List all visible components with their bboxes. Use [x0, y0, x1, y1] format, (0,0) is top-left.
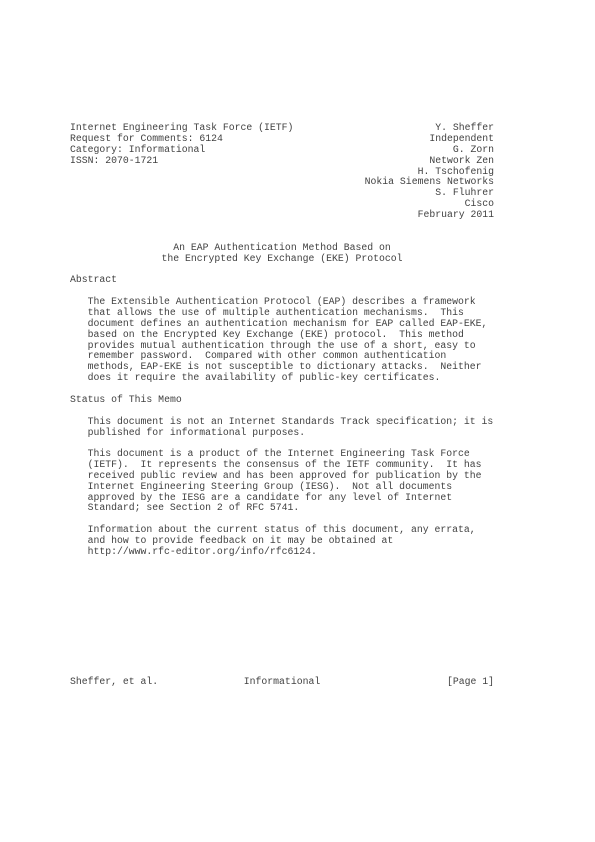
- page-footer: Sheffer, et al. Informational [Page 1]: [70, 677, 494, 688]
- text-line: http://www.rfc-editor.org/info/rfc6124.: [88, 547, 494, 558]
- text-line: ISSN: 2070-1721: [70, 156, 293, 167]
- text-line: received public review and has been appr…: [88, 471, 494, 482]
- text-line: Category: Informational: [70, 145, 293, 156]
- text-line: the Encrypted Key Exchange (EKE) Protoco…: [70, 254, 494, 265]
- footer-page-number: [Page 1]: [447, 677, 494, 688]
- masthead-left-column: Internet Engineering Task Force (IETF)Re…: [70, 123, 293, 167]
- text-line: February 2011: [365, 210, 494, 221]
- masthead: Internet Engineering Task Force (IETF)Re…: [70, 123, 494, 221]
- footer-category: Informational: [70, 677, 494, 688]
- doc-title: An EAP Authentication Method Based onthe…: [70, 243, 494, 265]
- status-paragraph-1: This document is not an Internet Standar…: [70, 417, 494, 439]
- text-line: Standard; see Section 2 of RFC 5741.: [88, 503, 494, 514]
- status-heading: Status of This Memo: [70, 395, 494, 406]
- rfc-document-page: Internet Engineering Task Force (IETF)Re…: [0, 0, 595, 842]
- text-line: published for informational purposes.: [88, 428, 494, 439]
- text-line: Internet Engineering Steering Group (IES…: [88, 482, 494, 493]
- abstract-body: The Extensible Authentication Protocol (…: [70, 297, 494, 384]
- text-line: does it require the availability of publ…: [88, 373, 494, 384]
- text-line: G. Zorn: [365, 145, 494, 156]
- status-paragraph-2: This document is a product of the Intern…: [70, 449, 494, 514]
- text-line: document defines an authentication mecha…: [88, 319, 494, 330]
- masthead-right-column: Y. ShefferIndependentG. ZornNetwork ZenH…: [365, 123, 494, 221]
- text-line: based on the Encrypted Key Exchange (EKE…: [88, 330, 494, 341]
- abstract-heading: Abstract: [70, 275, 494, 286]
- text-line: Network Zen: [365, 156, 494, 167]
- status-paragraph-3: Information about the current status of …: [70, 525, 494, 558]
